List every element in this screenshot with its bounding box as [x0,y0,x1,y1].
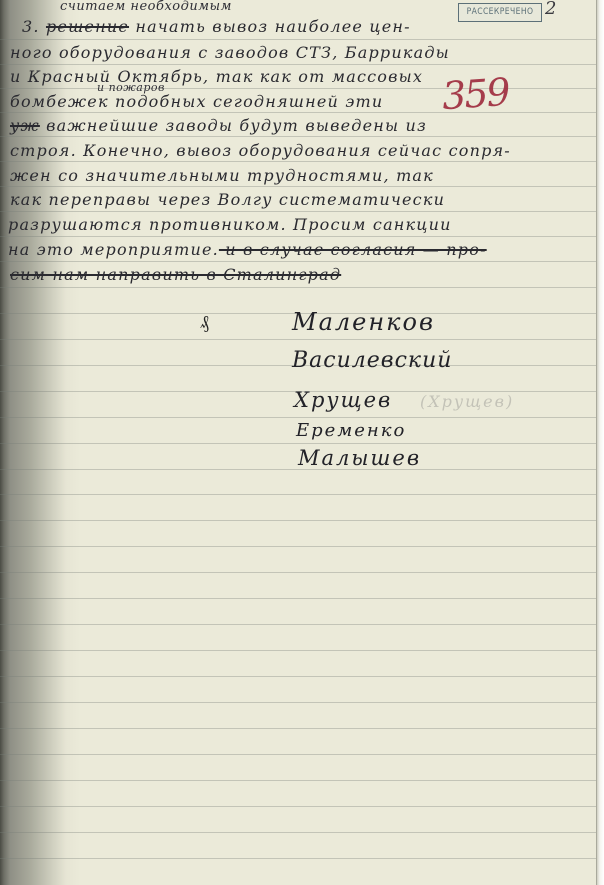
ruled-line [0,161,597,162]
ruled-line [0,806,597,807]
signature-malyshev: Малышев [298,446,421,470]
page-number: 2 [545,0,556,19]
ruled-line [0,287,597,288]
struck-text: уж [10,116,40,135]
ruled-line [0,520,597,521]
document-page: РАССЕКРЕЧЕНО 2 359 считаем необходимым 3… [0,0,604,885]
ruled-line [0,236,597,237]
ruled-line [0,186,597,187]
item-number: 3. [22,17,40,36]
struck-text: сим нам направить в Сталинград [10,265,341,284]
ruled-line [0,676,597,677]
struck-text: и в случае согласия — про- [219,240,487,259]
ruled-line [0,754,597,755]
ruled-line [0,624,597,625]
declassified-stamp: РАССЕКРЕЧЕНО [458,3,542,22]
signature-vasilevsky: Василевский [292,348,452,373]
text-line-8: как переправы через Волгу систематически [10,190,445,209]
text-line-9: разрушаются противником. Просим санкции [8,215,452,234]
archive-sheet-number: 359 [441,70,510,119]
ruled-line [0,650,597,651]
text-line-5: уж важнейшие заводы будут выведены из [10,116,427,135]
signature-malenkov: Маленков [292,308,435,336]
text-line-2: ного оборудования с заводов СТЗ, Баррика… [10,43,450,62]
faint-annotation: (Хрущев) [420,392,514,411]
ruled-line [0,39,597,40]
text-line-4: бомбежек подобных сегодняшней эти [10,92,383,111]
text-segment: начать вывоз [135,17,268,36]
text-line-7: жен со значительными трудностями, так [10,166,434,185]
ruled-line [0,417,597,418]
text-segment: важнейшие заводы будут выведены из [40,116,427,135]
signature-khrushchev: Хрущев [294,388,392,412]
ruled-line [0,546,597,547]
ruled-line [0,702,597,703]
insertion-above-line-1: считаем необходимым [60,0,232,14]
text-line-10: на это мероприятие. и в случае согласия … [8,240,487,259]
text-segment: наиболее цен- [268,17,410,36]
page-edge [596,0,604,885]
text-line-11: сим нам направить в Сталинград [10,265,341,284]
ruled-line [0,211,597,212]
text-line-3: и Красный Октябрь, так как от массовых [10,67,423,86]
ruled-line [0,780,597,781]
ruled-line [0,261,597,262]
ruled-line [0,572,597,573]
text-line-1: 3. решение начать вывоз наиболее цен- [22,17,411,36]
ruled-line [0,339,597,340]
ruled-line [0,728,597,729]
ruled-line [0,136,597,137]
ruled-line [0,858,597,859]
ruled-line [0,64,597,65]
struck-text: решение [46,17,129,36]
ruled-line [0,494,597,495]
ruled-line [0,598,597,599]
signature-eremenko: Еременко [296,420,406,441]
ruled-line [0,832,597,833]
ruled-line [0,443,597,444]
text-line-6: строя. Конечно, вывоз оборудования сейча… [10,141,511,160]
signature-mark: ₰ [200,312,209,333]
text-segment: на это мероприятие. [8,240,219,259]
